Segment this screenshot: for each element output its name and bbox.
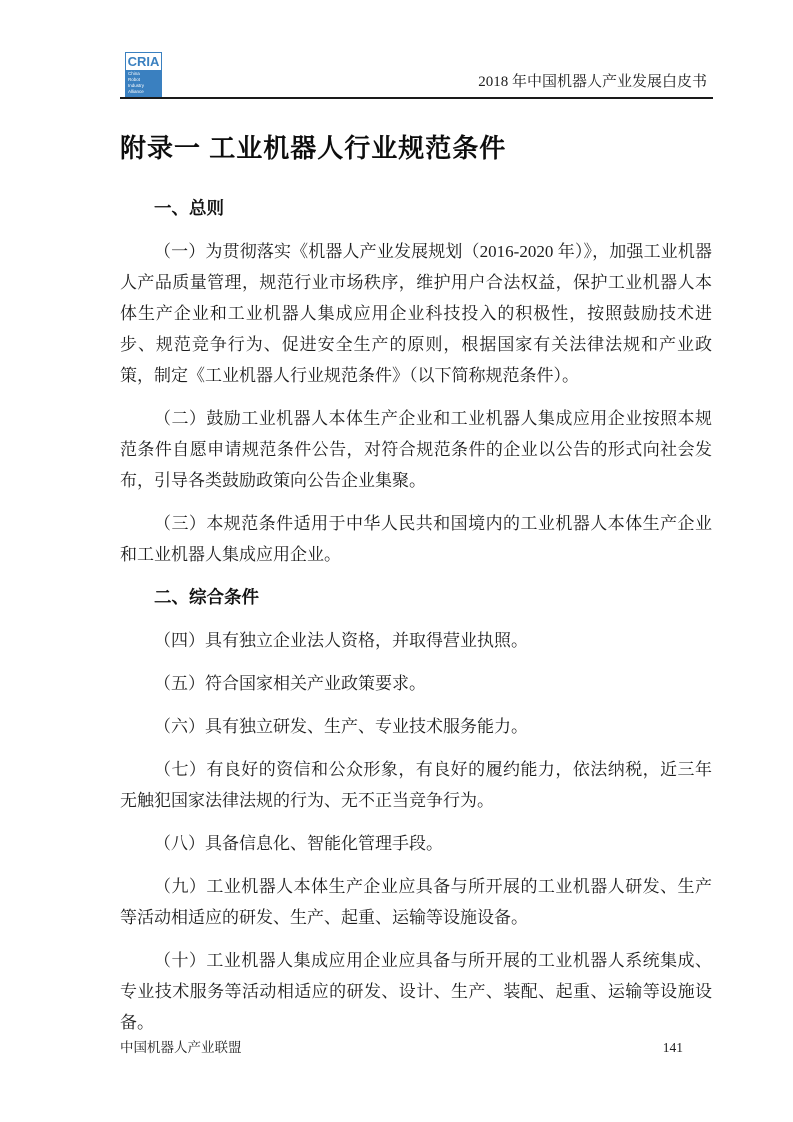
section-1-heading: 一、总则 — [120, 193, 712, 224]
paragraph-7: （七）有良好的资信和公众形象，有良好的履约能力，依法纳税，近三年无触犯国家法律法… — [120, 754, 712, 816]
paragraph-1: （一）为贯彻落实《机器人产业发展规划（2016-2020 年）》，加强工业机器人… — [120, 236, 712, 391]
header-rule — [120, 97, 713, 99]
document-page: CRIA China Robot Industry Alliance 2018 … — [0, 0, 793, 1122]
footer-org: 中国机器人产业联盟 — [120, 1036, 242, 1056]
cria-logo-org-text: China Robot Industry Alliance — [126, 70, 161, 97]
paragraph-5: （五）符合国家相关产业政策要求。 — [120, 668, 712, 699]
paragraph-8: （八）具备信息化、智能化管理手段。 — [120, 828, 712, 859]
paragraph-10: （十）工业机器人集成应用企业应具备与所开展的工业机器人系统集成、专业技术服务等活… — [120, 945, 712, 1038]
cria-logo-org-line: Alliance — [128, 89, 161, 95]
section-2-heading: 二、综合条件 — [120, 582, 712, 613]
cria-logo: CRIA China Robot Industry Alliance — [125, 52, 162, 98]
paragraph-2: （二）鼓励工业机器人本体生产企业和工业机器人集成应用企业按照本规范条件自愿申请规… — [120, 403, 712, 496]
paragraph-9: （九）工业机器人本体生产企业应具备与所开展的工业机器人研发、生产等活动相适应的研… — [120, 871, 712, 933]
cria-logo-acronym: CRIA — [126, 53, 161, 70]
page-number: 141 — [663, 1040, 683, 1056]
page-footer: 中国机器人产业联盟 141 — [120, 1036, 683, 1056]
paragraph-6: （六）具有独立研发、生产、专业技术服务能力。 — [120, 711, 712, 742]
document-body: 附录一 工业机器人行业规范条件 一、总则 （一）为贯彻落实《机器人产业发展规划（… — [120, 133, 712, 1050]
paragraph-3: （三）本规范条件适用于中华人民共和国境内的工业机器人本体生产企业和工业机器人集成… — [120, 508, 712, 570]
paragraph-4: （四）具有独立企业法人资格，并取得营业执照。 — [120, 625, 712, 656]
page-title: 附录一 工业机器人行业规范条件 — [120, 133, 712, 163]
header-doc-title: 2018 年中国机器人产业发展白皮书 — [478, 72, 707, 92]
